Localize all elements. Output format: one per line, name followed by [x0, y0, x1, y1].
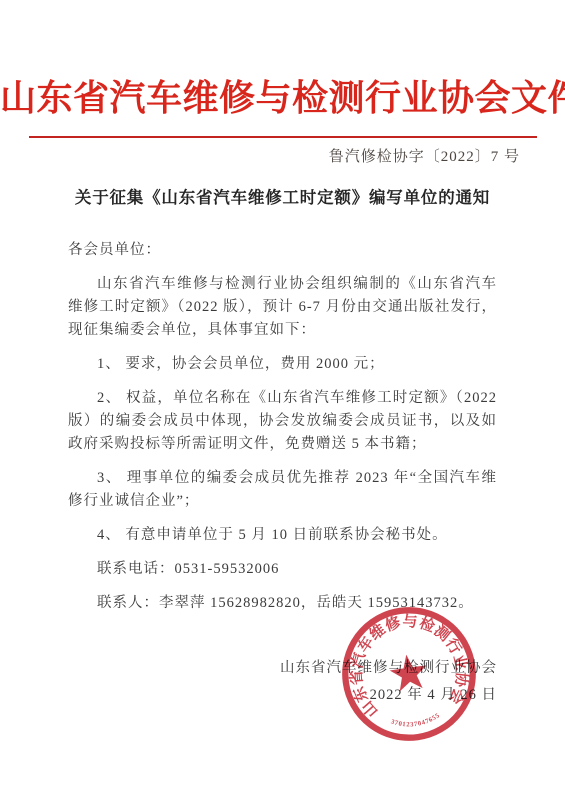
letterhead-org-title: 山东省汽车维修与检测行业协会文件 [0, 70, 565, 121]
paragraph-item-3: 3、 理事单位的编委会成员优先推荐 2023 年“全国汽车维修行业诚信企业”； [68, 467, 497, 513]
seal-star-icon [388, 652, 430, 692]
doc-number: 鲁汽修检协字〔2022〕7 号 [29, 145, 520, 166]
official-seal: 山东省汽车维修与检测行业协会 3701237047655 [330, 595, 488, 753]
document-title: 关于征集《山东省汽车维修工时定额》编写单位的通知 [0, 184, 565, 208]
document-page: 山东省汽车维修与检测行业协会文件 鲁汽修检协字〔2022〕7 号 关于征集《山东… [0, 0, 565, 800]
seal-number: 3701237047655 [389, 712, 442, 732]
paragraph-item-2: 2、 权益，单位名称在《山东省汽车维修工时定额》（2022 版）的编委会成员中体… [68, 387, 497, 456]
contact-phone: 联系电话：0531-59532006 [68, 558, 497, 581]
document-body: 各会员单位： 山东省汽车维修与检测行业协会组织编制的《山东省汽车维修工时定额》（… [68, 239, 497, 615]
paragraph-item-1: 1、 要求，协会会员单位，费用 2000 元； [68, 353, 497, 376]
letterhead-rule [29, 136, 537, 138]
salutation: 各会员单位： [68, 239, 497, 262]
paragraph-item-4: 4、 有意申请单位于 5 月 10 日前联系协会秘书处。 [68, 524, 497, 547]
paragraph-intro: 山东省汽车维修与检测行业协会组织编制的《山东省汽车维修工时定额》（2022 版）… [68, 273, 497, 342]
